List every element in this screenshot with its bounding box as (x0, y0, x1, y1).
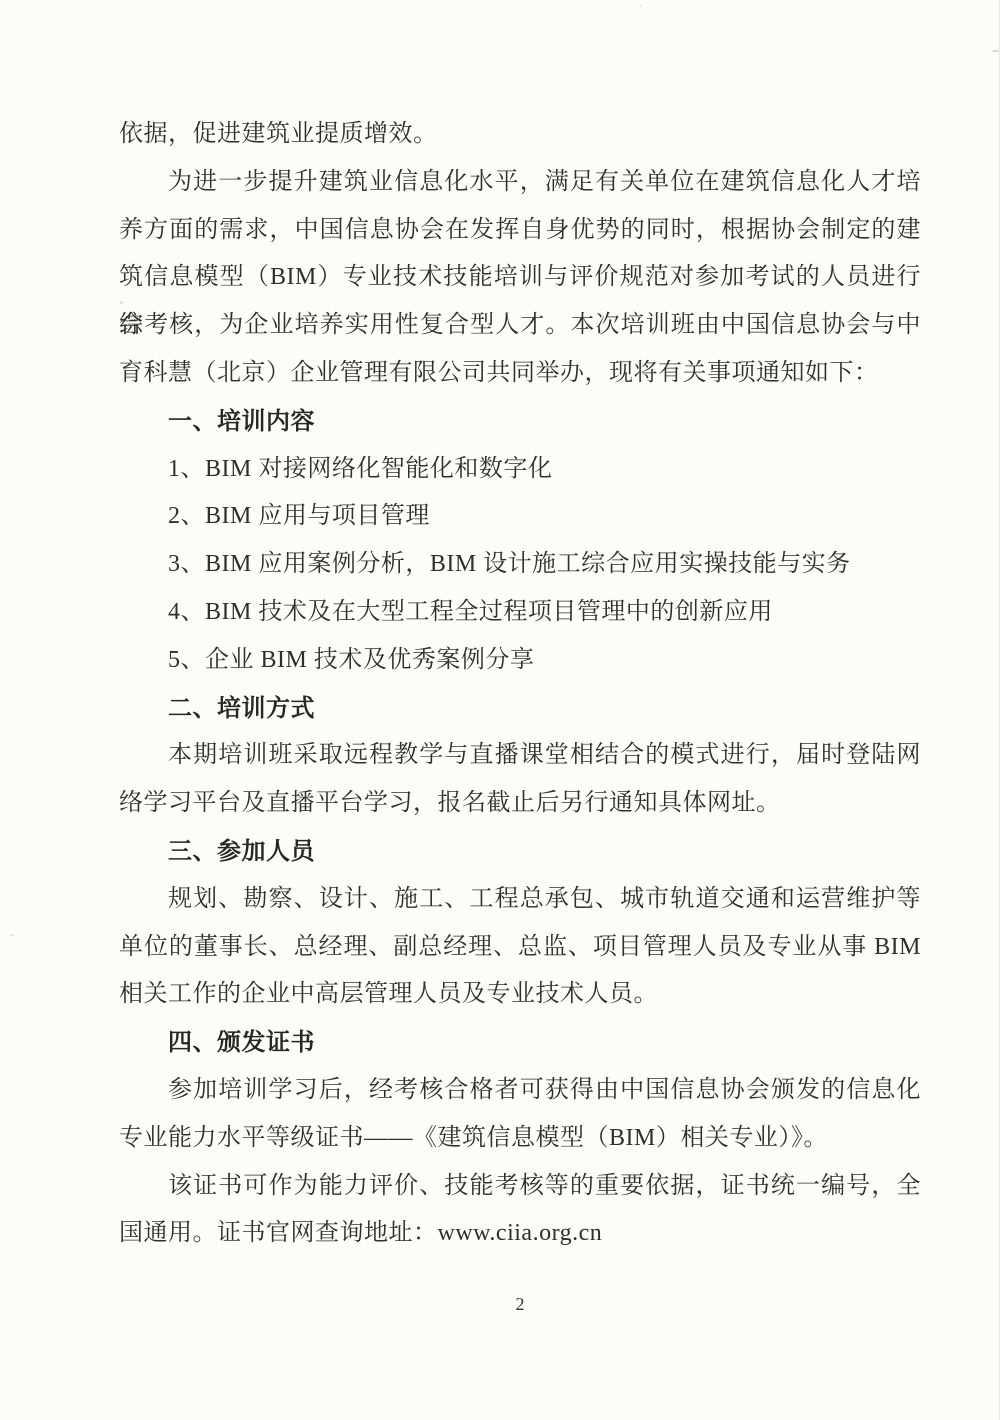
page-number: 2 (119, 1294, 921, 1315)
scan-speck (640, 5, 642, 7)
section-heading: 三、参加人员 (119, 828, 921, 876)
text-line: 5、企业 BIM 技术及优秀案例分享 (119, 637, 921, 685)
text-line: 单位的董事长、总经理、副总经理、总监、项目管理人员及专业从事 BIM (119, 924, 921, 972)
scanned-document-page: 依据，促进建筑业提质增效。为进一步提升建筑业信息化水平，满足有关单位在建筑信息化… (0, 0, 1000, 1420)
document-body: 依据，促进建筑业提质增效。为进一步提升建筑业信息化水平，满足有关单位在建筑信息化… (119, 111, 921, 1258)
text-line: 养方面的需求，中国信息协会在发挥自身优势的同时，根据协会制定的建 (119, 207, 921, 255)
text-line: 育科慧（北京）企业管理有限公司共同举办，现将有关事项通知如下： (119, 350, 921, 398)
text-line: 合考核，为企业培养实用性复合型人才。本次培训班由中国信息协会与中 (119, 302, 921, 350)
text-line: 4、BIM 技术及在大型工程全过程项目管理中的创新应用 (119, 589, 921, 637)
text-line: 1、BIM 对接网络化智能化和数字化 (119, 446, 921, 494)
text-line: 3、BIM 应用案例分析，BIM 设计施工综合应用实操技能与实务 (119, 541, 921, 589)
text-line: 国通用。证书官网查询地址：www.ciia.org.cn (119, 1210, 921, 1258)
text-line: 参加培训学习后，经考核合格者可获得由中国信息协会颁发的信息化 (119, 1067, 921, 1115)
text-line: 为进一步提升建筑业信息化水平，满足有关单位在建筑信息化人才培 (119, 159, 921, 207)
scan-speck (10, 934, 15, 936)
text-line: 专业能力水平等级证书——《建筑信息模型（BIM）相关专业）》。 (119, 1115, 921, 1163)
document-lines: 依据，促进建筑业提质增效。为进一步提升建筑业信息化水平，满足有关单位在建筑信息化… (119, 111, 921, 1258)
text-line: 该证书可作为能力评价、技能考核等的重要依据，证书统一编号，全 (119, 1163, 921, 1211)
text-line: 相关工作的企业中高层管理人员及专业技术人员。 (119, 971, 921, 1019)
text-line: 本期培训班采取远程教学与直播课堂相结合的模式进行，届时登陆网 (119, 732, 921, 780)
section-heading: 四、颁发证书 (119, 1019, 921, 1067)
section-heading: 二、培训方式 (119, 685, 921, 733)
section-heading: 一、培训内容 (119, 398, 921, 446)
text-line: 络学习平台及直播平台学习，报名截止后另行通知具体网址。 (119, 780, 921, 828)
text-line: 筑信息模型（BIM）专业技术技能培训与评价规范对参加考试的人员进行综 (119, 254, 921, 302)
scan-speck (120, 301, 123, 304)
text-line: 依据，促进建筑业提质增效。 (119, 111, 921, 159)
text-line: 规划、勘察、设计、施工、工程总承包、城市轨道交通和运营维护等 (119, 876, 921, 924)
scan-speck (992, 50, 999, 52)
text-line: 2、BIM 应用与项目管理 (119, 493, 921, 541)
